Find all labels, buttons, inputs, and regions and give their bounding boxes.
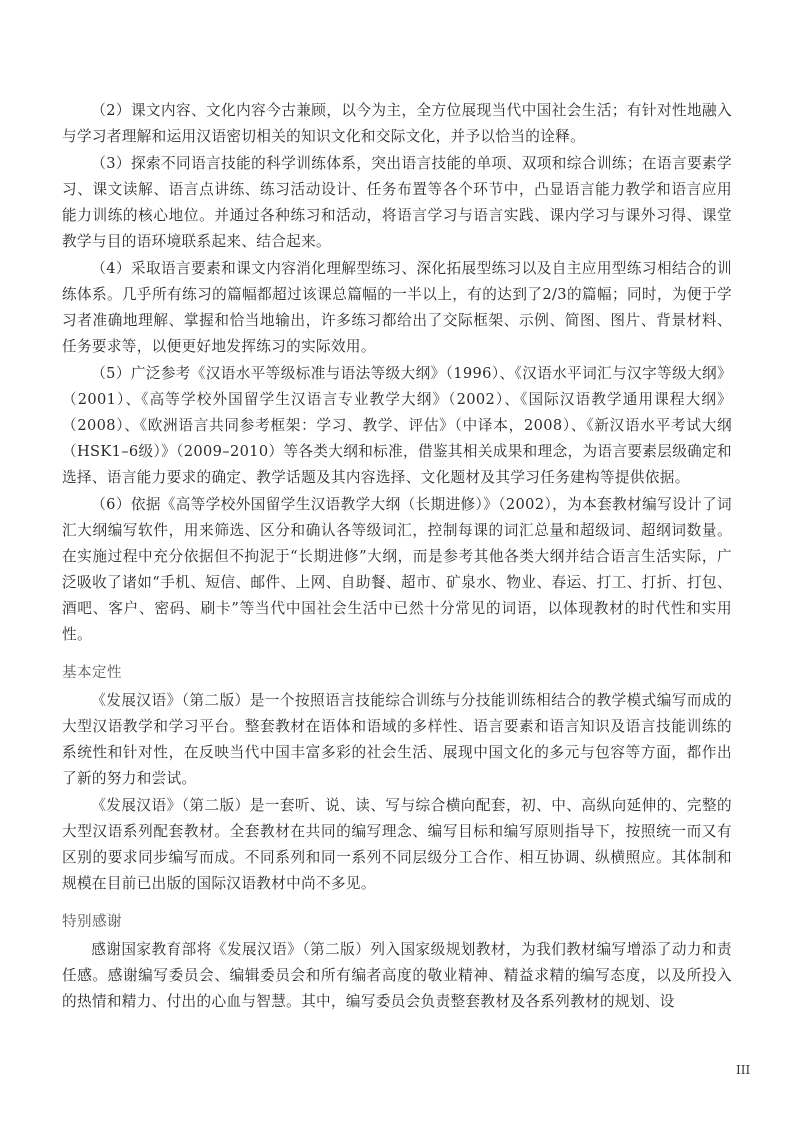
section-heading-acknowledgements: 特别感谢 bbox=[62, 911, 732, 933]
acknowledgements-paragraph-1: 感谢国家教育部将《发展汉语》（第二版）列入国家级规划教材，为我们教材编写增添了动… bbox=[62, 937, 732, 1015]
section-heading-basic-positioning: 基本定性 bbox=[62, 662, 732, 684]
document-page: （2）课文内容、文化内容今古兼顾，以今为主，全方位展现当代中国社会生活；有针对性… bbox=[62, 98, 732, 1016]
page-number: III bbox=[736, 1063, 750, 1077]
principle-paragraph-4: （4）采取语言要素和课文内容消化理解型练习、深化拓展型练习以及自主应用型练习相结… bbox=[62, 256, 732, 360]
principle-paragraph-3: （3）探索不同语言技能的科学训练体系，突出语言技能的单项、双项和综合训练；在语言… bbox=[62, 151, 732, 255]
principle-paragraph-2: （2）课文内容、文化内容今古兼顾，以今为主，全方位展现当代中国社会生活；有针对性… bbox=[62, 98, 732, 150]
principle-paragraph-6: （6）依据《高等学校外国留学生汉语教学大纲（长期进修）》（2002），为本套教材… bbox=[62, 492, 732, 648]
principle-paragraph-5: （5）广泛参考《汉语水平等级标准与语法等级大纲》（1996）、《汉语水平词汇与汉… bbox=[62, 361, 732, 491]
basic-positioning-paragraph-2: 《发展汉语》（第二版）是一套听、说、读、写与综合横向配套，初、中、高纵向延伸的、… bbox=[62, 793, 732, 897]
basic-positioning-paragraph-1: 《发展汉语》（第二版）是一个按照语言技能综合训练与分技能训练相结合的教学模式编写… bbox=[62, 688, 732, 792]
